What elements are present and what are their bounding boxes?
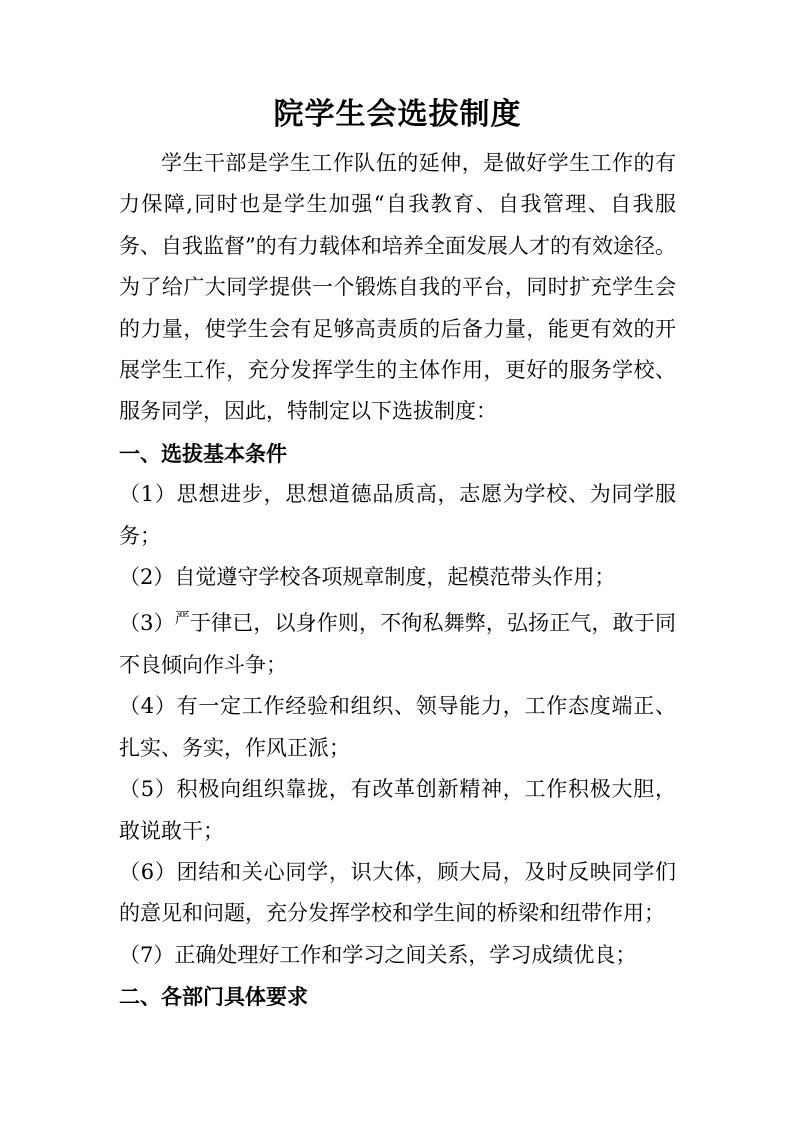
document-page: 院学生会选拔制度 学生干部是学生工作队伍的延伸，是做好学生工作的有力保障,同时也…	[0, 0, 793, 1122]
item-1-number: （1）	[119, 482, 177, 506]
condition-item-7: （7）正确处理好工作和学习之间关系，学习成绩优良；	[119, 935, 676, 976]
condition-item-2: （2）自觉遵守学校各项规章制度，起模范带头作用；	[119, 557, 676, 598]
condition-item-4: （4）有一定工作经验和组织、领导能力，工作态度端正、扎实、务实，作风正派；	[119, 686, 676, 769]
condition-item-5: （5）积极向组织靠拢，有改革创新精神，工作积极大胆，敢说敢干；	[119, 769, 676, 852]
item-3-superscript-char: 严	[175, 609, 190, 627]
item-2-text: 自觉遵守学校各项规章制度，起模范带头作用；	[174, 565, 615, 589]
item-3-text: 于律已，以身作则，不徇私舞弊，弘扬正气，敢于同不良倾向作斗争；	[119, 611, 676, 676]
item-4-number: （4）	[119, 694, 177, 718]
section-2-heading: 二、各部门具体要求	[119, 976, 676, 1017]
item-4-text: 有一定工作经验和组织、领导能力，工作态度端正、扎实、务实，作风正派；	[119, 694, 676, 759]
section-1-heading: 一、选拔基本条件	[119, 433, 676, 474]
item-7-number: （7）	[119, 943, 174, 967]
item-2-number: （2）	[119, 565, 174, 589]
document-title: 院学生会选拔制度	[119, 92, 676, 138]
intro-paragraph: 学生干部是学生工作队伍的延伸，是做好学生工作的有力保障,同时也是学生加强“自我教…	[119, 143, 676, 433]
item-3-number: （3）	[119, 611, 175, 635]
item-5-text: 积极向组织靠拢，有改革创新精神，工作积极大胆，敢说敢干；	[119, 777, 676, 842]
condition-item-1: （1）思想进步，思想道德品质高，志愿为学校、为同学服务；	[119, 474, 676, 557]
condition-item-3: （3）严于律已，以身作则，不徇私舞弊，弘扬正气，敢于同不良倾向作斗争；	[119, 598, 676, 686]
item-5-number: （5）	[119, 777, 177, 801]
item-7-text: 正确处理好工作和学习之间关系，学习成绩优良；	[174, 943, 636, 967]
item-6-text: 团结和关心同学，识大体，顾大局，及时反映同学们的意见和问题，充分发挥学校和学生间…	[119, 860, 676, 925]
item-1-text: 思想进步，思想道德品质高，志愿为学校、为同学服务；	[119, 482, 676, 547]
item-6-number: （6）	[119, 860, 177, 884]
condition-item-6: （6）团结和关心同学，识大体，顾大局，及时反映同学们的意见和问题，充分发挥学校和…	[119, 852, 676, 935]
